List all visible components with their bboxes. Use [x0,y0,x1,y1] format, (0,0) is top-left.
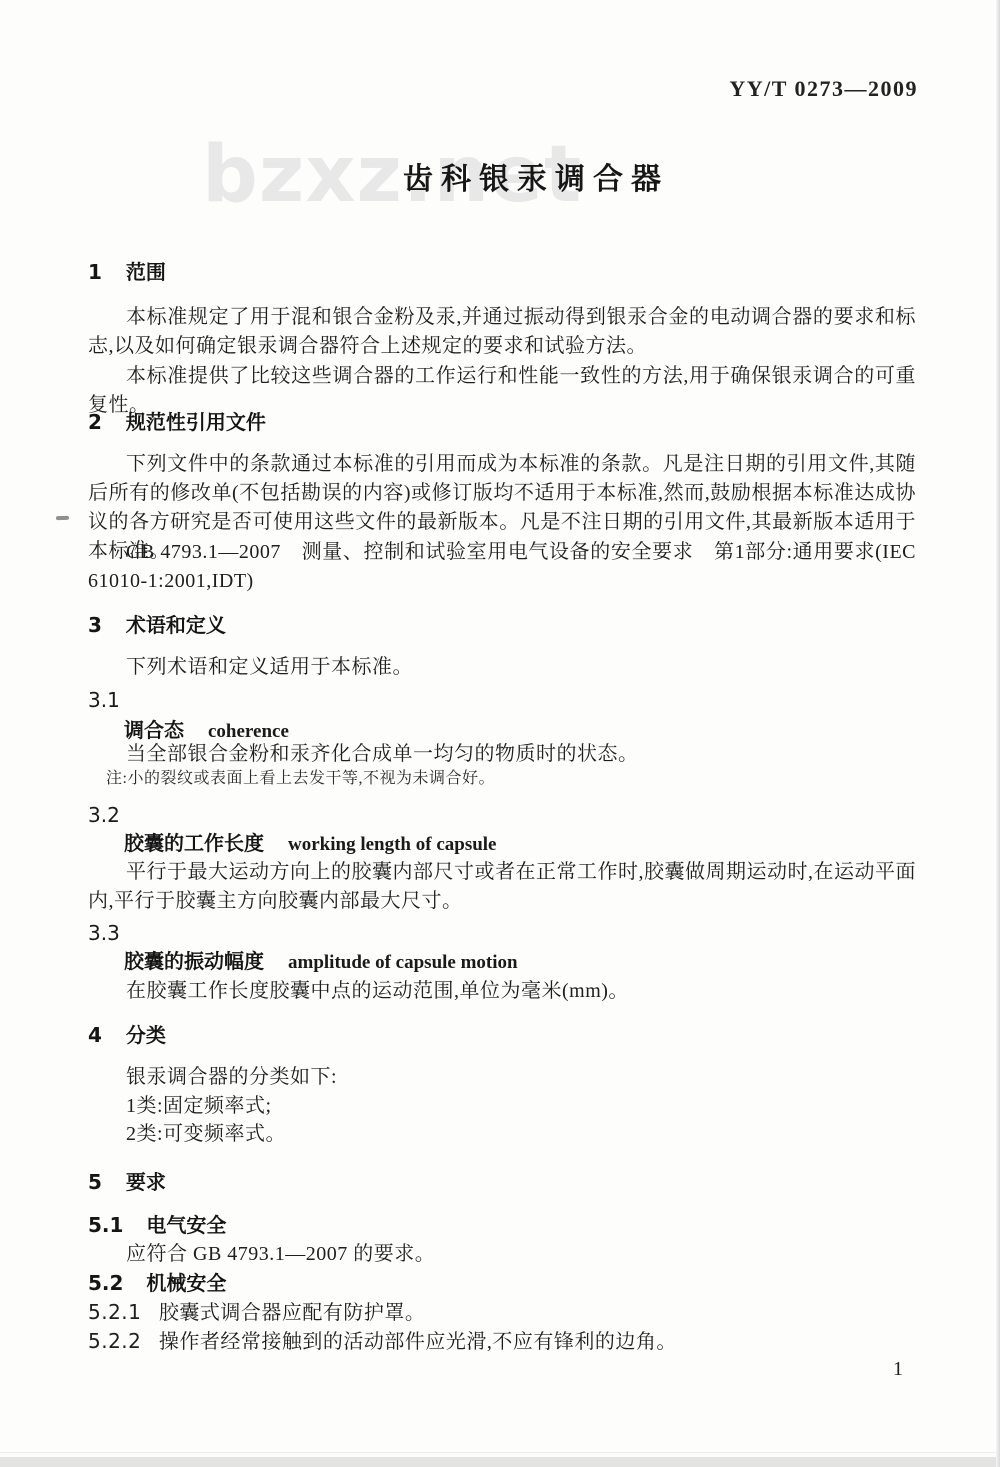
term-3-2-number: 3.2 [88,802,916,828]
clause-5-2-title: 机械安全 [146,1271,226,1295]
document-page: YY/T 0273—2009 bzxz.net 齿科银汞调合器 1 范围 本标准… [0,0,1000,1467]
classification-type-1: 1类:固定频率式; [88,1092,916,1121]
term-3-2-english: working length of capsule [288,834,497,855]
section-3-number: 3 [88,612,102,638]
clause-5-2-heading: 5.2 机械安全 [88,1270,916,1296]
clause-5-2-2-number: 5.2.2 [88,1329,141,1353]
term-3-1-note: 注:小的裂纹或表面上看上去发干等,不视为未调合好。 [106,768,918,790]
clause-5-2-2: 5.2.2 操作者经常接触到的活动部件应光滑,不应有锋利的边角。 [88,1327,916,1357]
scope-paragraph-1: 本标准规定了用于混和银合金粉及汞,并通过振动得到银汞合金的电动调合器的要求和标志… [88,303,916,361]
standard-code: YY/T 0273—2009 [729,76,918,102]
section-4-title: 分类 [126,1023,166,1047]
clause-5-2-1: 5.2.1 胶囊式调合器应配有防护罩。 [88,1298,916,1328]
term-3-2-definition: 平行于最大运动方向上的胶囊内部尺寸或者在正常工作时,胶囊做周期运动时,在运动平面… [88,858,916,916]
section-1-number: 1 [88,259,102,285]
clause-5-2-2-body: 操作者经常接触到的活动部件应光滑,不应有锋利的边角。 [159,1331,677,1353]
scan-edge-right [996,0,1000,1467]
term-3-3-number: 3.3 [88,920,916,946]
section-3-heading: 3 术语和定义 [88,612,916,638]
scan-edge-bottom [0,1457,1000,1467]
clause-5-1-heading: 5.1 电气安全 [88,1212,916,1238]
section-2-title: 规范性引用文件 [126,410,266,434]
document-title: 齿科银汞调合器 [403,163,669,197]
section-4-number: 4 [88,1022,102,1048]
term-3-3: 胶囊的振动幅度 amplitude of capsule motion [124,948,952,977]
term-3-3-english: amplitude of capsule motion [288,952,518,973]
term-3-1-chinese: 调合态 [124,718,184,742]
clause-5-1-number: 5.1 [88,1212,123,1238]
section-4-heading: 4 分类 [88,1022,916,1048]
classification-intro: 银汞调合器的分类如下: [88,1063,916,1092]
section-5-number: 5 [88,1169,102,1195]
section-2-number: 2 [88,409,102,435]
section-3-title: 术语和定义 [126,613,226,637]
section-1-heading: 1 范围 [88,259,916,285]
classification-type-2: 2类:可变频率式。 [88,1120,916,1149]
normative-reference-item: GB 4793.1—2007 测量、控制和试验室用电气设备的安全要求 第1部分:… [88,538,916,596]
term-3-1-english: coherence [208,721,289,742]
term-3-3-definition: 在胶囊工作长度胶囊中点的运动范围,单位为毫米(mm)。 [88,977,916,1006]
scan-artifact-dash [56,516,69,520]
scan-edge-bottom-line [0,1452,1000,1453]
terms-intro: 下列术语和定义适用于本标准。 [88,653,916,682]
term-3-2-chinese: 胶囊的工作长度 [124,831,264,855]
section-5-heading: 5 要求 [88,1169,916,1195]
term-3-1-number: 3.1 [88,687,916,713]
section-2-heading: 2 规范性引用文件 [88,409,916,435]
clause-5-2-number: 5.2 [88,1270,123,1296]
clause-5-1-body: 应符合 GB 4793.1—2007 的要求。 [88,1240,916,1269]
term-3-2: 胶囊的工作长度 working length of capsule [124,830,952,859]
section-1-title: 范围 [126,260,166,284]
page-number: 1 [893,1358,903,1381]
term-3-3-chinese: 胶囊的振动幅度 [124,949,264,973]
section-5-title: 要求 [126,1170,166,1194]
clause-5-2-1-body: 胶囊式调合器应配有防护罩。 [159,1302,426,1324]
term-3-1-definition: 当全部银合金粉和汞齐化合成单一均匀的物质时的状态。 [88,740,916,769]
clause-5-1-title: 电气安全 [146,1213,226,1237]
clause-5-2-1-number: 5.2.1 [88,1300,141,1324]
